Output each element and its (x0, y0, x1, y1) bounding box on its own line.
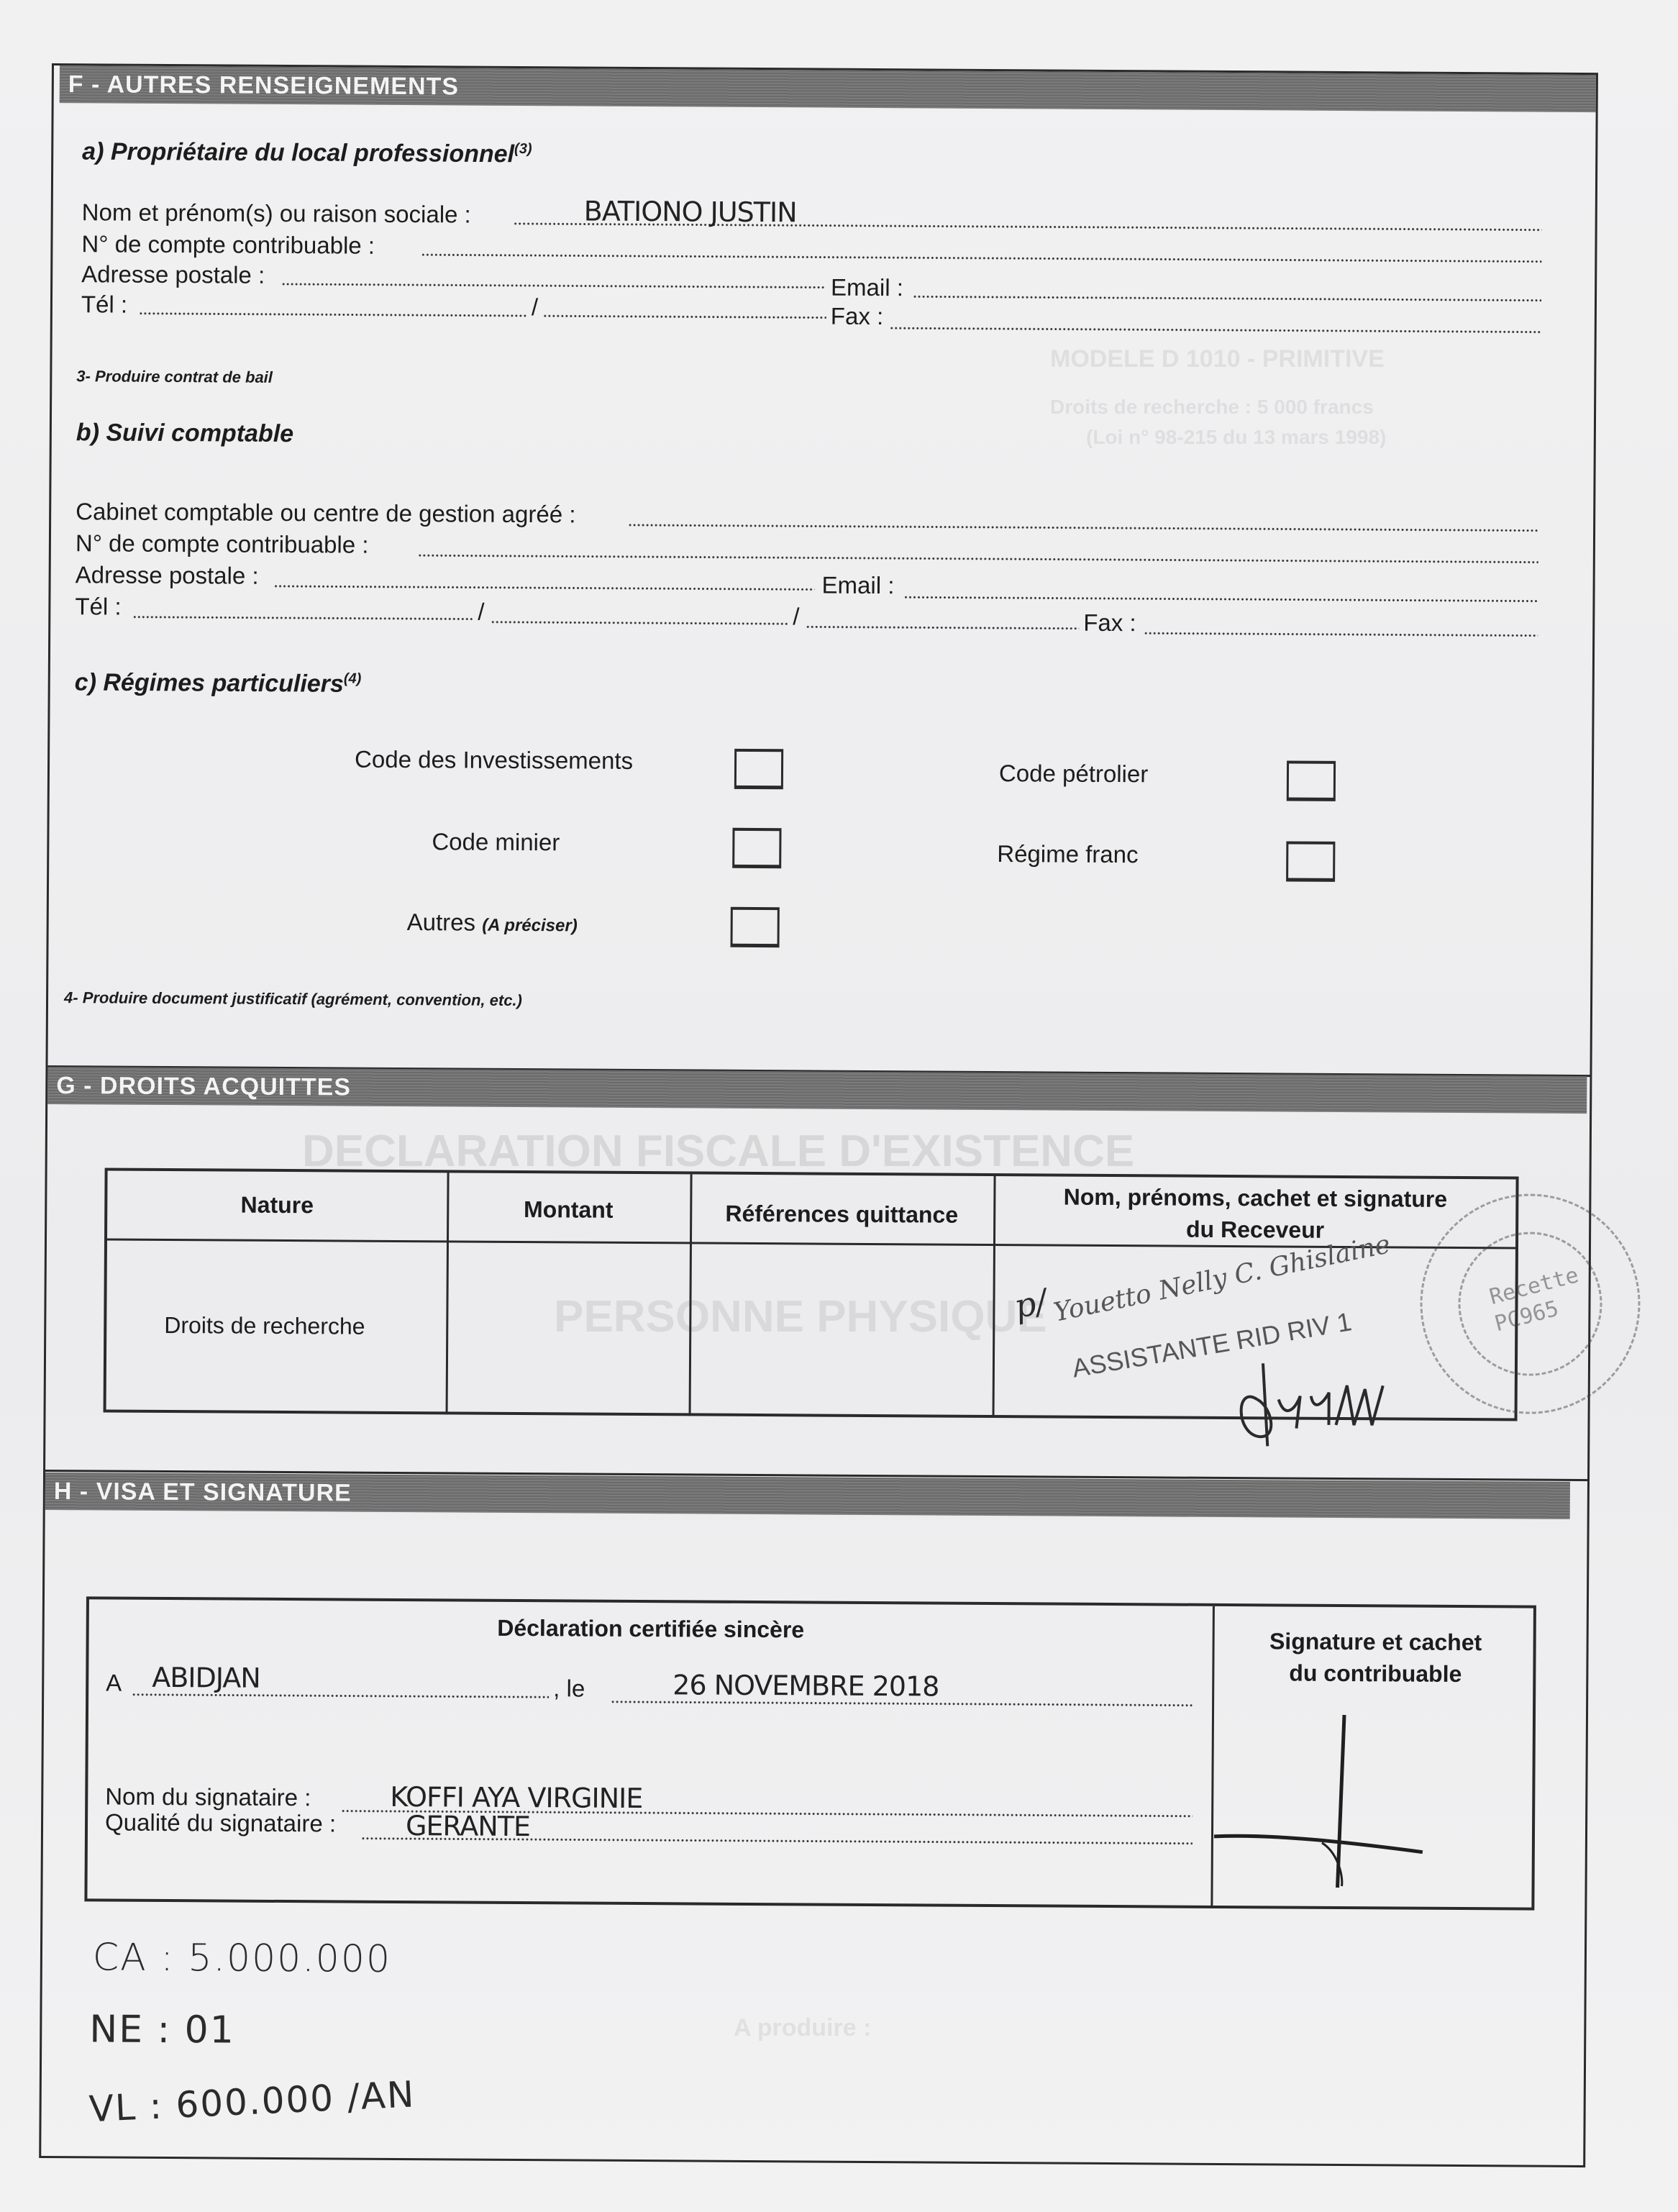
owner-name-value: BATIONO JUSTIN (584, 196, 797, 229)
place-value: ABIDJAN (152, 1662, 260, 1694)
taxpayer-signature-icon (1213, 1707, 1536, 1896)
accountant-fax-label: Fax : (1083, 609, 1136, 637)
section-f-c-footnote: 4- Produire document justificatif (agrém… (64, 983, 522, 1015)
regime-minier-checkbox[interactable] (732, 828, 781, 868)
accountant-tel-field-2[interactable] (491, 621, 788, 626)
owner-fax-label: Fax : (831, 302, 884, 331)
place-label: A (106, 1669, 122, 1698)
signatory-quality-label: Qualité du signataire : (105, 1808, 336, 1838)
section-f-title: F - AUTRES RENSEIGNEMENTS (68, 70, 459, 100)
accountant-address-label: Adresse postale : (76, 560, 259, 591)
droits-header-nature: Nature (107, 1188, 447, 1222)
droits-header-receveur: Nom, prénoms, cachet et signature du Rec… (993, 1180, 1518, 1247)
section-f-c-heading: c) Régimes particuliers(4) (75, 663, 362, 698)
owner-account-field[interactable] (421, 253, 1541, 263)
regime-petrolier-label: Code pétrolier (999, 759, 1149, 788)
owner-name-label: Nom et prénom(s) ou raison sociale : (82, 198, 471, 229)
regime-minier-label: Code minier (432, 827, 560, 857)
regime-autres-checkbox[interactable] (731, 907, 780, 947)
regime-investissements-checkbox[interactable] (734, 749, 783, 789)
owner-tel-field-1[interactable] (139, 312, 527, 317)
receveur-signature-icon (1228, 1356, 1444, 1451)
accountant-address-field[interactable] (274, 585, 815, 591)
regime-autres-label: Autres (A préciser) (407, 908, 578, 940)
section-f-a-footnote: 3- Produire contrat de bail (76, 362, 273, 392)
section-f-a-heading: a) Propriétaire du local professionnel(3… (82, 132, 532, 168)
owner-tel-slash: / (532, 293, 538, 322)
owner-account-label: N° de compte contribuable : (81, 229, 375, 260)
droits-table: Nature Montant Références quittance Nom,… (104, 1168, 1519, 1421)
section-h-title: H - VISA ET SIGNATURE (54, 1478, 352, 1507)
owner-tel-label: Tél : (81, 290, 127, 319)
accountant-email-label: Email : (821, 571, 894, 601)
note-valeur-locative: VL : 600.000 /AN (88, 2073, 416, 2130)
owner-address-label: Adresse postale : (81, 260, 265, 290)
droits-row-references[interactable] (692, 1246, 990, 1415)
receveur-prefix: p/ (1011, 1281, 1051, 1326)
accountant-tel-label: Tél : (75, 592, 121, 621)
accountant-fax-field[interactable] (1144, 632, 1538, 637)
section-f-header: F - AUTRES RENSEIGNEMENTS (60, 65, 1596, 112)
regime-investissements-label: Code des Investissements (355, 745, 633, 775)
accountant-email-field[interactable] (903, 596, 1538, 602)
cabinet-field[interactable] (628, 524, 1538, 532)
droits-row-nature: Droits de recherche (164, 1311, 365, 1341)
regime-petrolier-checkbox[interactable] (1287, 761, 1336, 801)
regime-franc-checkbox[interactable] (1286, 842, 1335, 882)
accountant-tel-slash-2: / (793, 602, 799, 631)
taxpayer-signature-heading: Signature et cachet du contribuable (1215, 1625, 1536, 1690)
owner-email-field[interactable] (913, 295, 1541, 301)
droits-row-montant[interactable] (449, 1244, 687, 1413)
accountant-tel-field-3[interactable] (806, 625, 1079, 629)
scanned-page: MODELE D 1010 - PRIMITIVE Droits de rech… (0, 0, 1678, 2212)
signatory-quality-value: GERANTE (406, 1810, 530, 1842)
owner-fax-field[interactable] (890, 327, 1541, 334)
owner-address-field[interactable] (281, 283, 825, 289)
visa-box: Déclaration certifiée sincère A ABIDJAN … (84, 1596, 1536, 1910)
date-value: 26 NOVEMBRE 2018 (672, 1669, 939, 1702)
section-f-b-heading: b) Suivi comptable (76, 418, 294, 448)
accountant-tel-slash-1: / (478, 598, 484, 627)
note-nombre-employes: NE : 01 (89, 2008, 235, 2052)
form-frame: F - AUTRES RENSEIGNEMENTS a) Propriétair… (39, 63, 1598, 2167)
date-label: , le (553, 1674, 585, 1703)
accountant-account-label: N° de compte contribuable : (76, 529, 369, 559)
droits-header-montant: Montant (447, 1193, 690, 1226)
official-stamp: Recette PC965 (1420, 1193, 1641, 1415)
declaration-title: Déclaration certifiée sincère (89, 1609, 1213, 1648)
accountant-account-field[interactable] (418, 554, 1538, 564)
section-g-title: G - DROITS ACQUITTES (56, 1072, 351, 1101)
signatory-name-value: KOFFI AYA VIRGINIE (390, 1781, 642, 1814)
cabinet-label: Cabinet comptable ou centre de gestion a… (76, 497, 576, 529)
note-chiffre-affaires: CA : 5.000.000 (93, 1936, 391, 1981)
place-field[interactable] (132, 1693, 549, 1699)
accountant-tel-field-1[interactable] (132, 616, 473, 621)
owner-tel-field-2[interactable] (543, 314, 826, 319)
droits-header-references: Références quittance (690, 1197, 993, 1231)
regime-franc-label: Régime franc (997, 839, 1138, 869)
owner-email-label: Email : (831, 273, 903, 303)
